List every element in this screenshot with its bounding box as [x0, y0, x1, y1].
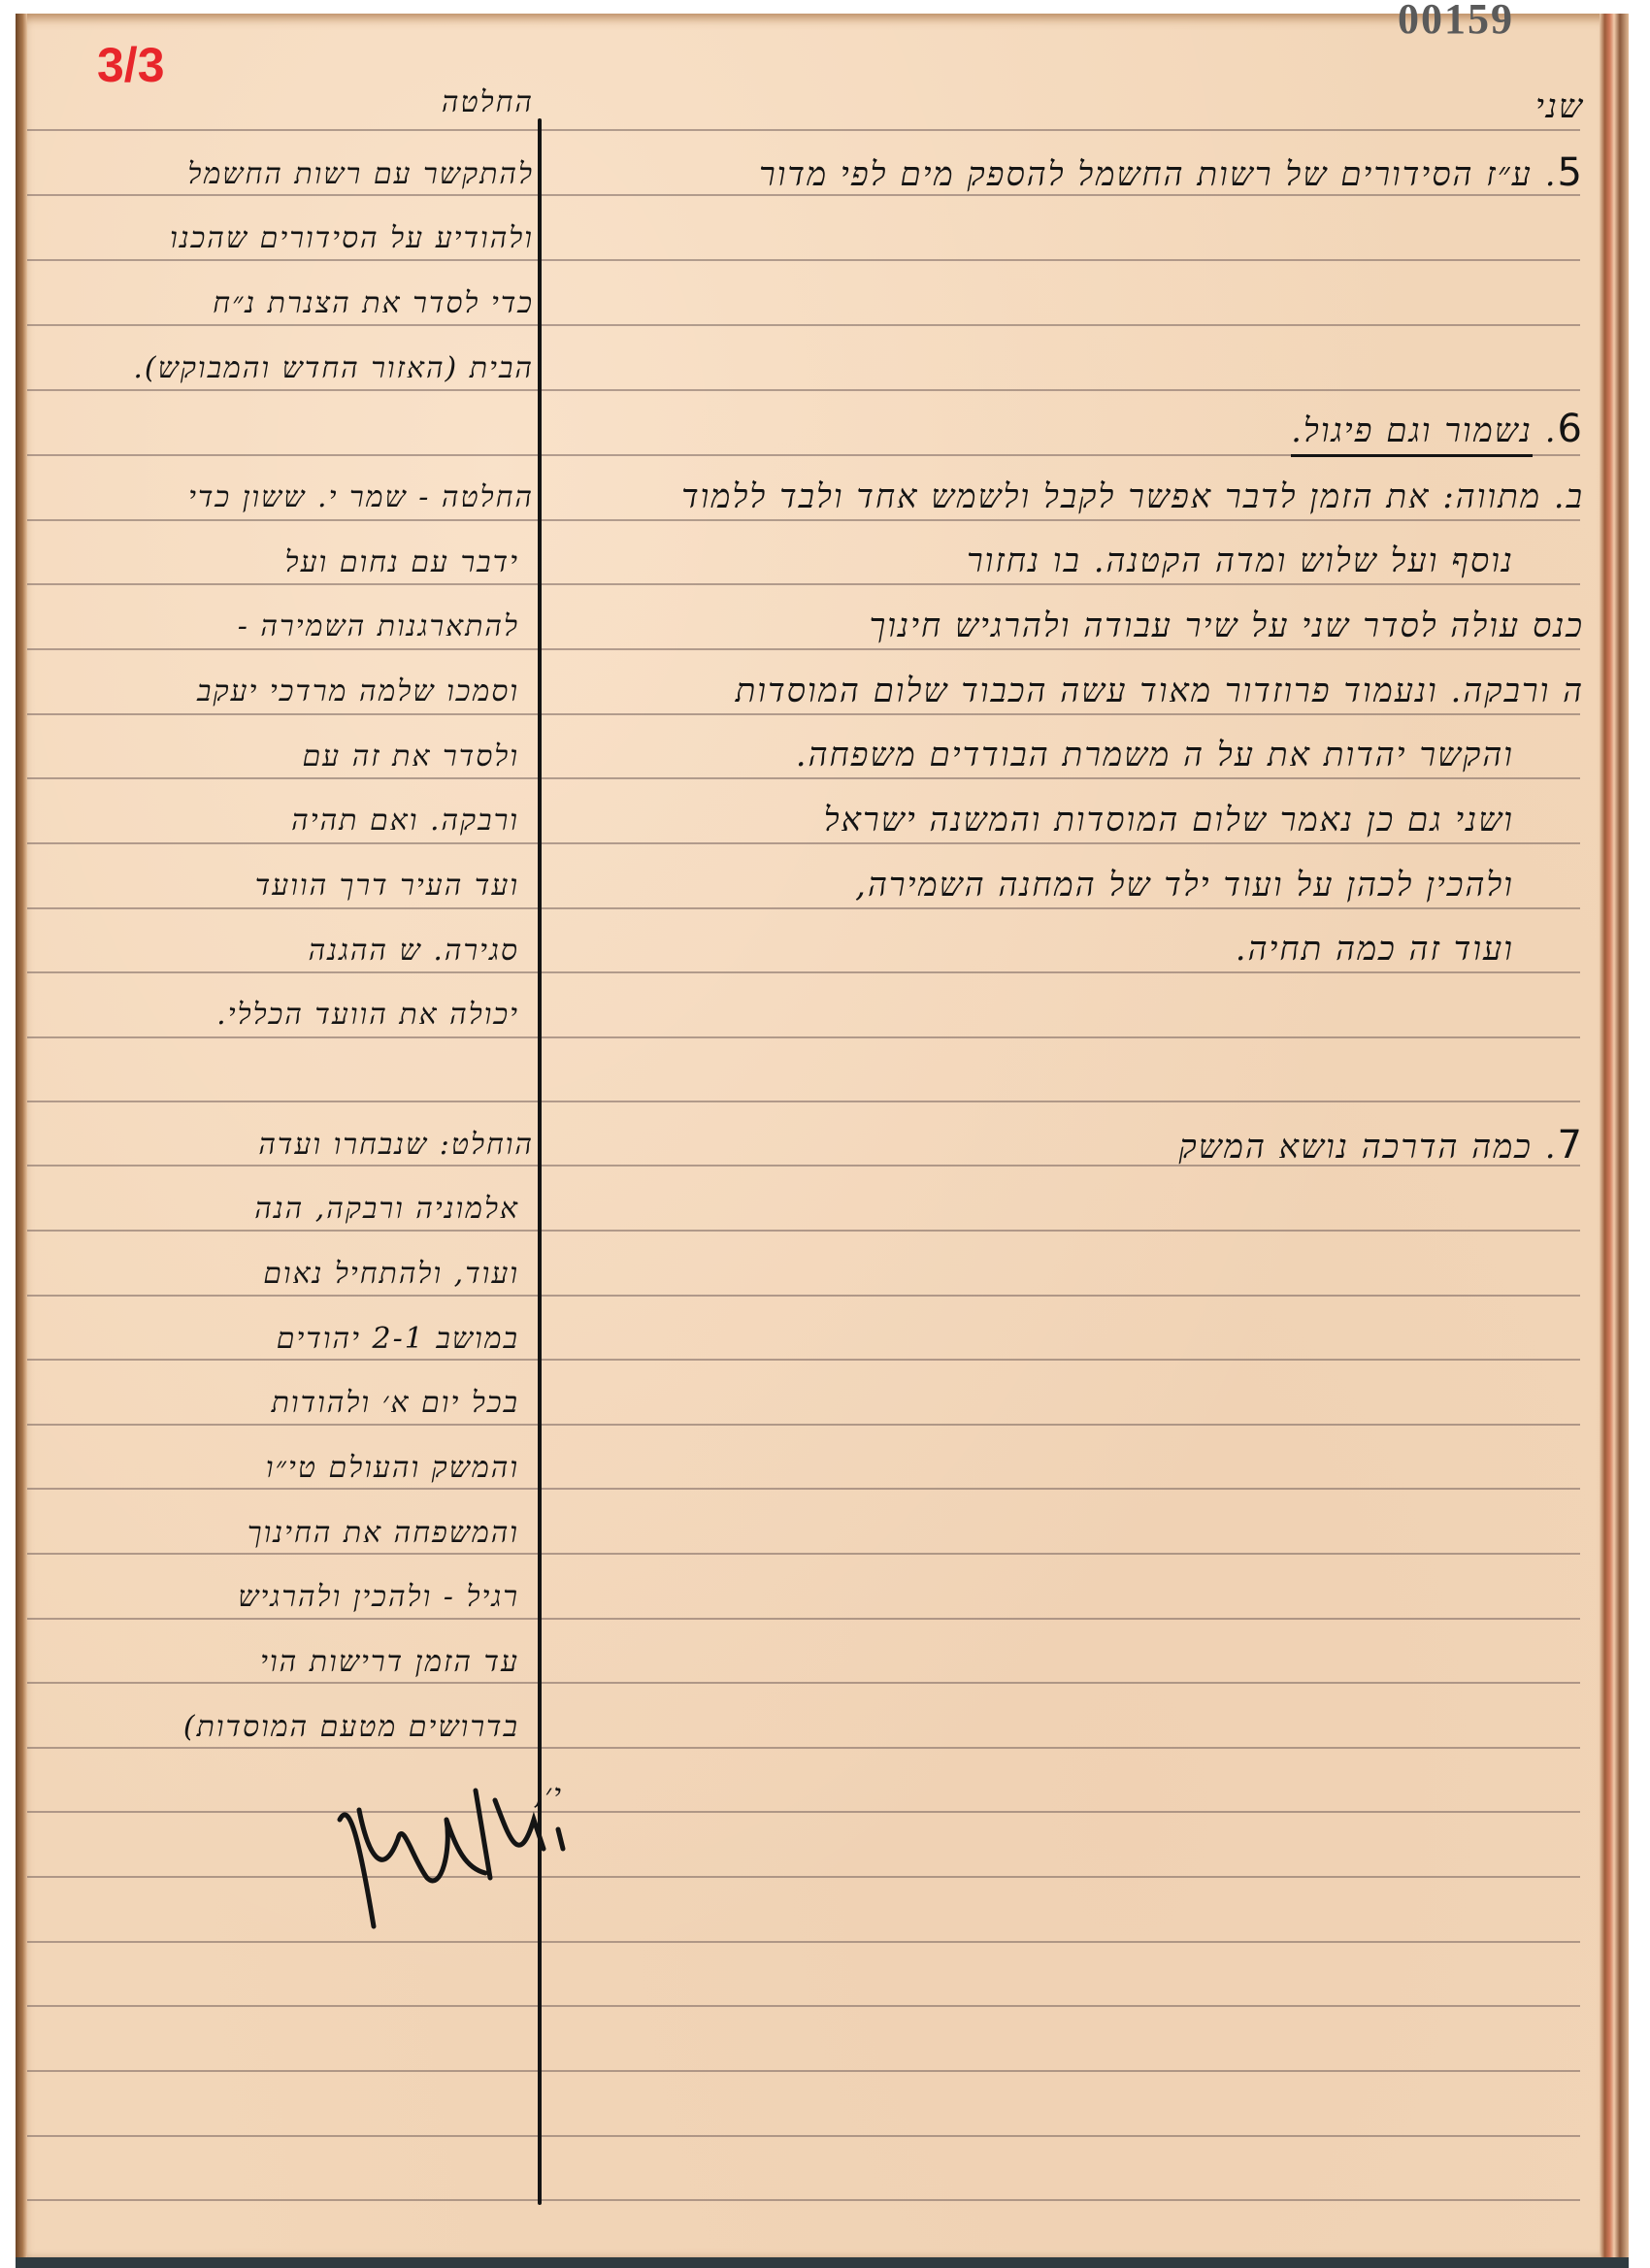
left-line: הוחלט: שנבחרו ועדה	[258, 1126, 534, 1165]
left-line: להתארגנות השמירה -	[238, 608, 519, 646]
rule-line	[27, 1941, 1580, 1943]
left-line: הבית (האזור החדש והמבוקש).	[133, 349, 534, 388]
item-line: כנס עולה לסדר שני על שיר עבודה ולהרגיש ח…	[870, 607, 1584, 645]
item-title-line: 7. כמה הדרכה נושא המשק	[1179, 1126, 1584, 1167]
item-text: ע״ז הסידורים של רשות החשמל להספק מים לפי…	[759, 155, 1533, 194]
left-line: כדי לסדר את הצנרת נ״ח	[213, 284, 534, 323]
left-line: והמשק והעולם טי״ו	[266, 1449, 519, 1488]
rule-line	[27, 519, 1580, 521]
item-line: 5. ע״ז הסידורים של רשות החשמל להספק מים …	[759, 153, 1584, 194]
rule-line	[27, 1682, 1580, 1684]
rule-line	[27, 713, 1580, 715]
rule-line	[27, 389, 1580, 391]
rule-line	[27, 2135, 1580, 2137]
item-line: ה ורבקה. ונעמוד פרוזדור מאוד עשה הכבוד ש…	[736, 672, 1584, 710]
rule-line	[27, 1618, 1580, 1620]
page-number-stamp: 00159	[1398, 0, 1514, 44]
part-label: 3/3	[97, 37, 165, 93]
rule-line	[27, 2199, 1580, 2201]
left-line: להתקשר עם רשות החשמל	[187, 155, 534, 194]
left-line: עד הזמן דרישות הוי	[260, 1643, 519, 1682]
item-title: כמה הדרכה נושא המשק	[1179, 1128, 1533, 1167]
scan-bottom-edge	[16, 2257, 1629, 2268]
left-line: החלטה - שמר י. ששון כדי	[188, 478, 534, 517]
notebook-binding	[1600, 14, 1629, 2260]
item-line: ב. מתווה: את הזמן לדבר אפשר לקבל ולשמש א…	[681, 477, 1584, 516]
left-line: יכולה את הוועד הכללי.	[216, 996, 519, 1035]
item-line: ולהכין לכהן על ועוד ילד של המחנה השמירה,	[855, 866, 1514, 904]
left-line: בכל יום א׳ ולהודות	[272, 1384, 519, 1423]
rule-line	[27, 324, 1580, 326]
rule-line	[27, 1295, 1580, 1297]
left-line: ולהודיע על הסידורים שהכנו	[170, 219, 534, 258]
item-line: ועוד זה כמה תחיה.	[1236, 930, 1514, 969]
rule-line	[27, 2005, 1580, 2007]
left-line: ועוד, ולהתחיל נאום	[263, 1255, 519, 1294]
left-line: אלמוניה ורבקה, הנה	[254, 1190, 519, 1229]
left-line: רגיל - ולהכין ולהרגיש	[238, 1578, 519, 1617]
rule-line	[27, 194, 1580, 196]
rule-line	[27, 777, 1580, 779]
rule-line	[27, 971, 1580, 973]
rule-line	[27, 907, 1580, 909]
rule-line	[27, 1488, 1580, 1490]
item-number: 7	[1558, 1123, 1584, 1167]
rule-line	[27, 1811, 1580, 1813]
rule-line	[27, 259, 1580, 261]
left-line: ידבר עם נחום ועל	[285, 543, 519, 582]
rule-line	[27, 842, 1580, 844]
left-line: במושב 2-1 יהודים	[277, 1320, 519, 1359]
rule-line	[27, 1876, 1580, 1878]
rule-line	[27, 1230, 1580, 1232]
rule-line	[27, 129, 1580, 131]
rule-line	[27, 648, 1580, 650]
item-line: והקשר יהדות את על ה משמרת הבודדים משפחה.	[796, 736, 1514, 774]
left-line: סגירה. ש ההגנה	[309, 932, 519, 970]
rule-line	[27, 583, 1580, 585]
item-line: נוסף ועל שלוש ומדה הקטנה. בו נחזור	[967, 542, 1514, 580]
left-column-header: החלטה	[442, 83, 534, 122]
left-line: ורבקה. ואם תהיה	[291, 802, 519, 840]
rule-line	[27, 1747, 1580, 1749]
item-title-line: 6. נשמור וגם פיגול.	[1291, 410, 1584, 450]
left-line: וסמכו שלמה מרדכי יעקב	[197, 673, 519, 711]
item-title: נשמור וגם פיגול.	[1291, 411, 1533, 457]
rule-line	[27, 1424, 1580, 1426]
rule-line	[27, 1553, 1580, 1555]
rule-line	[27, 1359, 1580, 1361]
item-number: 5	[1558, 150, 1584, 195]
top-note: שני	[1535, 87, 1584, 126]
item-line: ושני גם כן נאמר שלום המוסדות והמשנה ישרא…	[824, 801, 1514, 839]
rule-line	[27, 2070, 1580, 2072]
left-line: ועד העיר דרך הוועד	[255, 867, 519, 905]
left-line: בדרושים מטעם המוסדות)	[183, 1708, 519, 1747]
rule-line	[27, 1101, 1580, 1102]
rule-line	[27, 1036, 1580, 1038]
handwritten-signature	[330, 1781, 582, 1965]
left-line: והמשפחה את החינוך	[247, 1514, 519, 1553]
left-line: ולסדר את זה עם	[302, 738, 519, 776]
item-number: 6	[1558, 407, 1584, 451]
page-left-edge	[16, 14, 27, 2260]
